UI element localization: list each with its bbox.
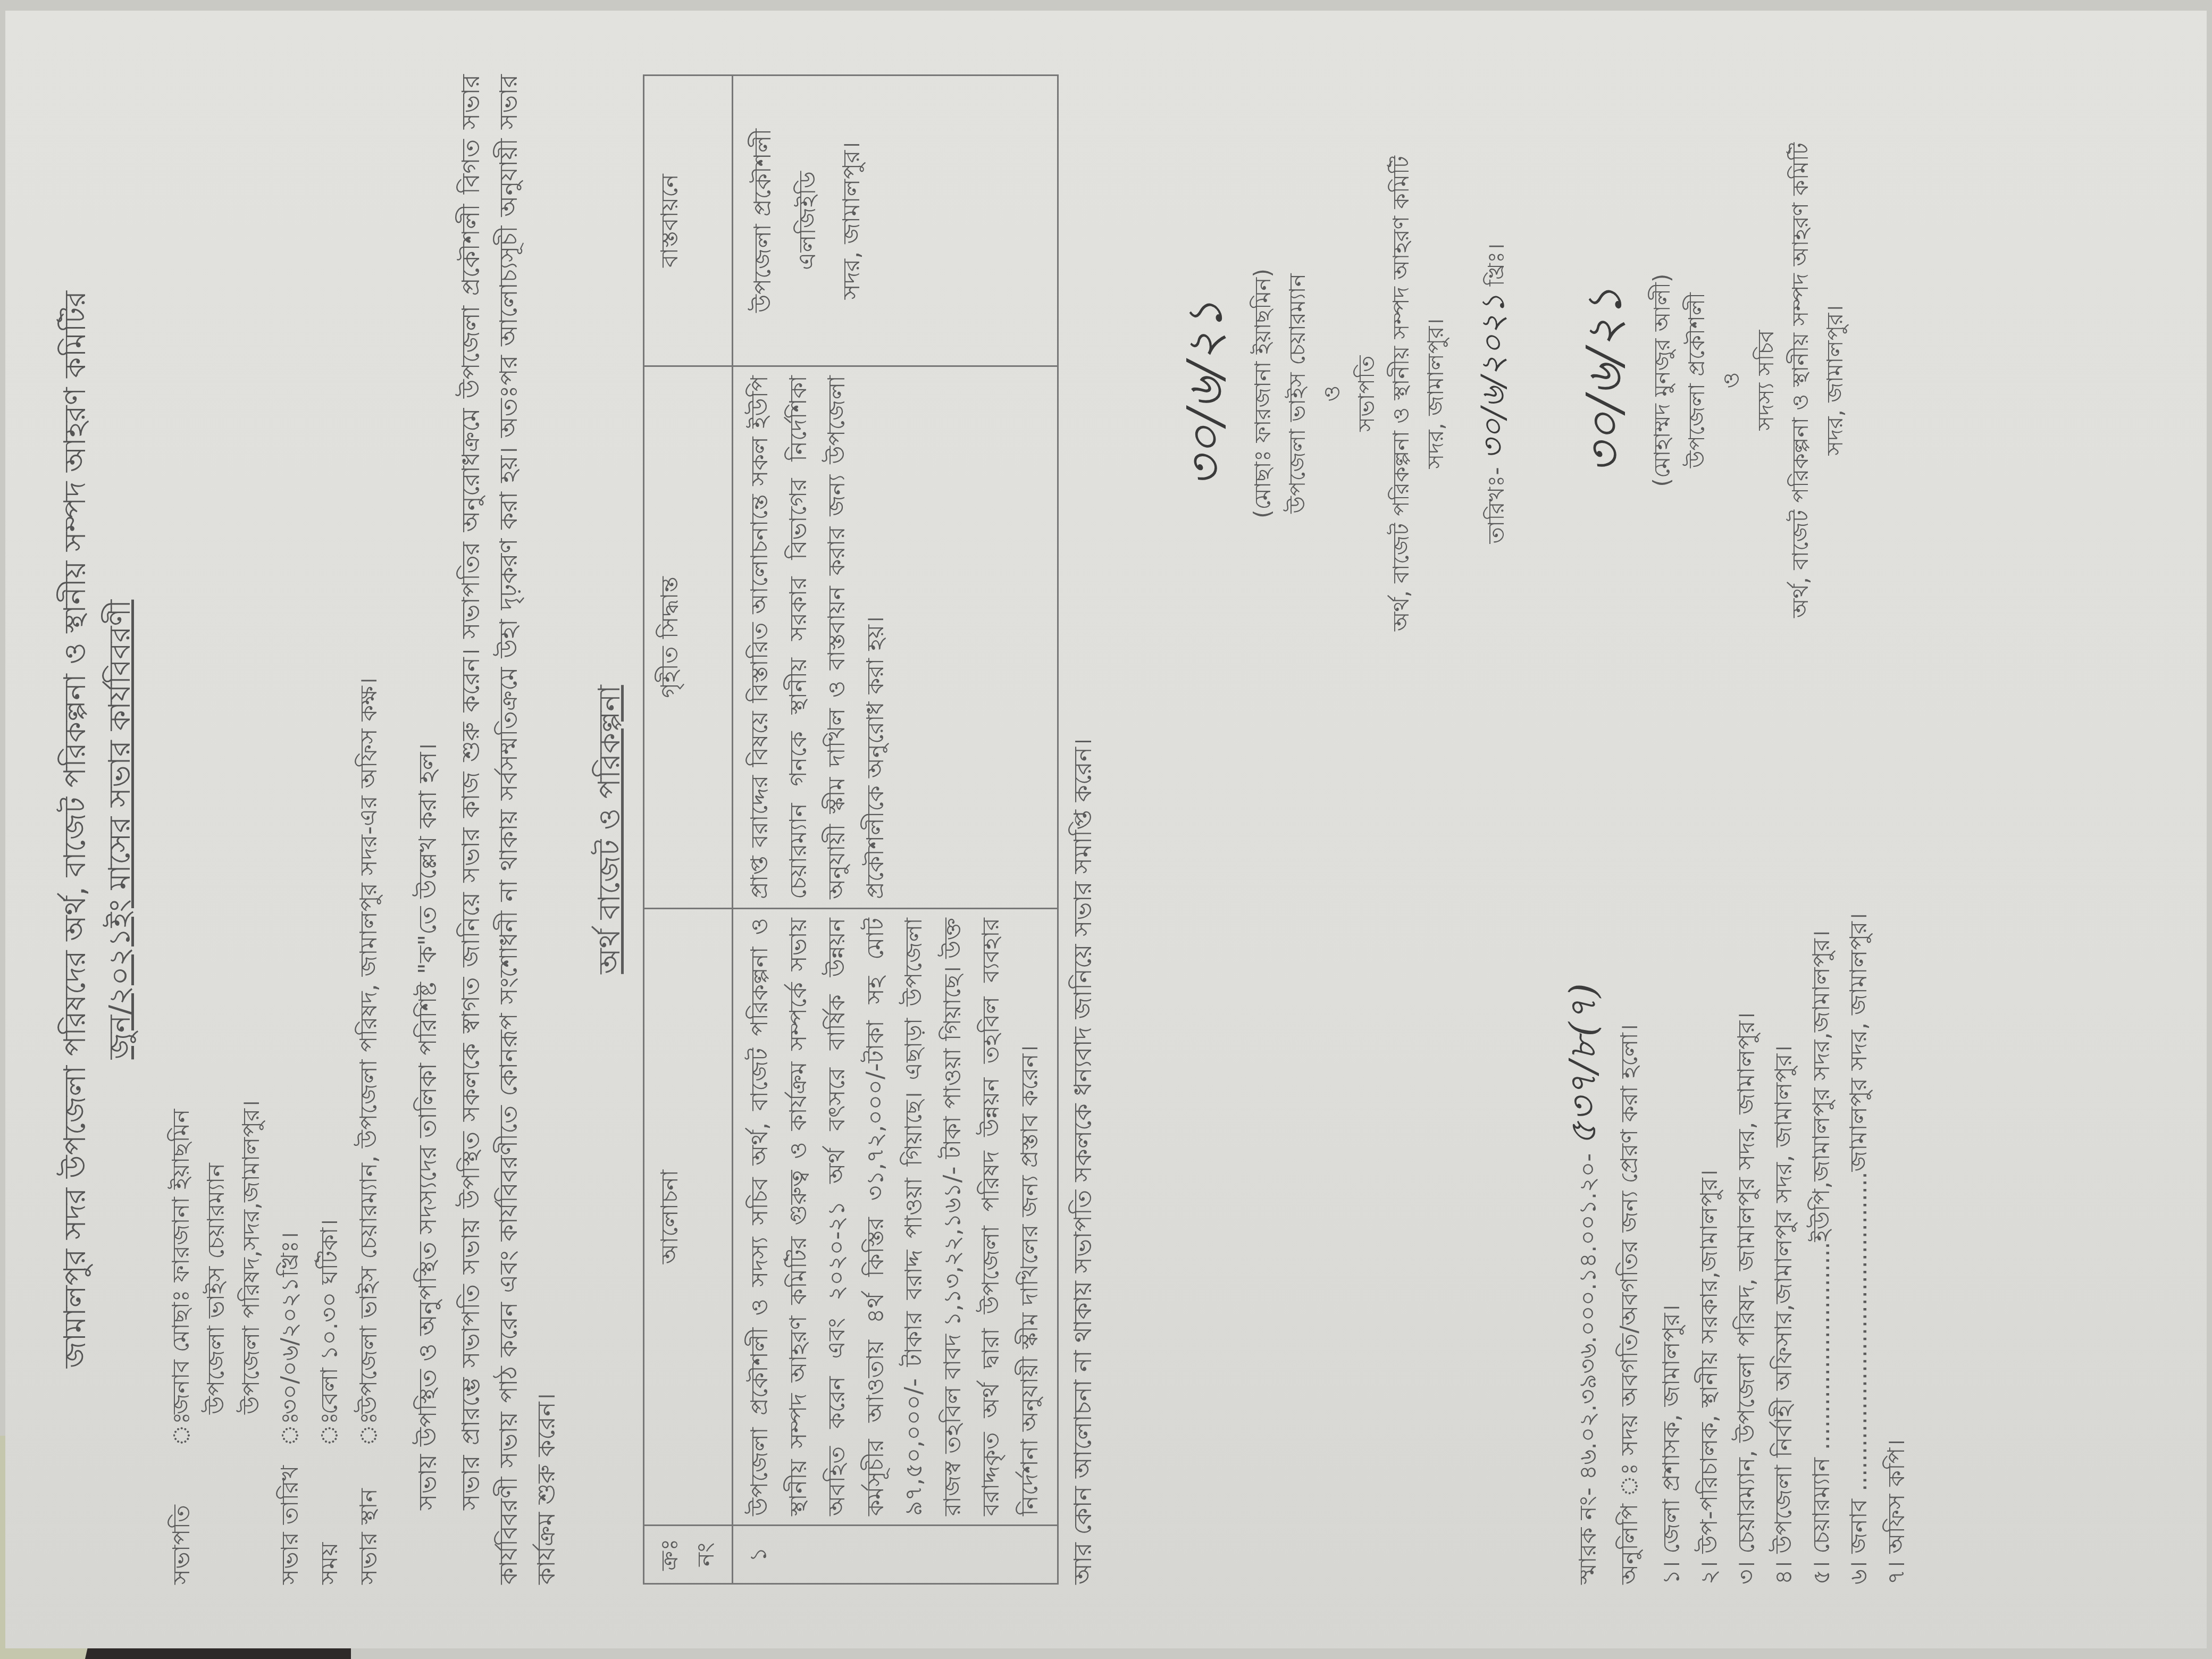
chair-value: জনাব মোছাঃ ফারজানা ইয়াছমিন উপজেলা ভাইস … <box>164 74 269 1414</box>
attendance-note: সভায় উপস্থিত ও অনুপস্থিত সদস্যদের তালিক… <box>409 74 447 1585</box>
title-line-2: জুন/২০২১ইং মাসের সভার কার্যবিবরণী <box>98 74 143 1585</box>
signatory-location: সদর, জামালপুর। <box>1418 74 1453 713</box>
signatory-location: সদর, জামালপুর। <box>1817 74 1852 686</box>
header-serial: ক্রঃ নং <box>643 1526 732 1584</box>
header-implementation: বাস্তবায়নে <box>643 76 732 366</box>
table-header-row: ক্রঃ নং আলোচনা গৃহীত সিদ্ধান্ত বাস্তবায়… <box>643 76 732 1584</box>
title-line-1: জামালপুর সদর উপজেলা পরিষদের অর্থ, বাজেট … <box>53 74 98 1585</box>
date-value: ৩০/০৬/২০২১খ্রিঃ। <box>272 74 308 1414</box>
opening-paragraph: সভার প্রারম্ভে সভাপতি সভায় উপস্থিত সকলক… <box>452 74 566 1585</box>
memo-section: স্মারক নং- ৪৬.০২.৩৯৩৬.০০০.১৪.০০১.২০- ৫৩৭… <box>1554 913 1915 1585</box>
lower-section: স্মারক নং- ৪৬.০২.৩৯৩৬.০০০.১৪.০০১.২০- ৫৩৭… <box>1533 74 1915 1585</box>
signatory-name: (মোহাম্মদ মুনজুর আলী) <box>1645 74 1679 686</box>
cc-list: ১। জেলা প্রশাসক, জামালপুর। ২। উপ-পরিচালক… <box>1653 913 1915 1585</box>
implementation-line: সদর, জামালপুর। <box>829 85 874 357</box>
section-title: অর্থ বাজেট ও পরিকল্পনা <box>587 74 633 1585</box>
table-row: ১ উপজেলা প্রকৌশলী ও সদস্য সচিব অর্থ, বাজ… <box>732 76 1058 1584</box>
signatory-conjunction: ও <box>1714 74 1748 686</box>
meta-separator: ঃ <box>272 1414 308 1446</box>
signatory-designation: উপজেলা প্রকৌশলী <box>1679 74 1714 686</box>
signatory-role: সদস্য সচিব <box>1748 74 1783 686</box>
venue-label: সভার স্থান <box>351 1446 387 1585</box>
handwritten-signature: ৩০/৬/২১ <box>1166 74 1245 713</box>
signatory-committee: অর্থ, বাজেট পরিকল্পনা ও স্থানীয় সম্পদ আ… <box>1384 74 1418 713</box>
header-decision: গৃহীত সিদ্ধান্ত <box>643 366 732 909</box>
handwritten-signature: ৩০/৬/২১ <box>1565 74 1645 686</box>
signatory-designation: উপজেলা ভাইস চেয়ারম্যান <box>1280 74 1314 713</box>
list-item: ৬। জনাব ................................… <box>1840 913 1878 1585</box>
closing-statement: আর কোন আলোচনা না থাকায় সভাপতি সকলকে ধন্… <box>1064 74 1102 1585</box>
date-label: সভার তারিখ <box>272 1446 308 1585</box>
meeting-minutes-page: জামালপুর সদর উপজেলা পরিষদের অর্থ, বাজেট … <box>5 11 2207 1648</box>
minutes-table: ক্রঃ নং আলোচনা গৃহীত সিদ্ধান্ত বাস্তবায়… <box>643 74 1059 1585</box>
signatory-conjunction: ও <box>1314 74 1349 713</box>
cc-intro: অনুলিপি ঃ সদয় অবগতি/অবগতির জন্য প্রেরণ … <box>1612 913 1648 1585</box>
signatory-committee: অর্থ, বাজেট পরিকল্পনা ও স্থানীয় সম্পদ আ… <box>1783 74 1817 686</box>
chair-signature-row: ৩০/৬/২১ (মোছাঃ ফারজানা ইয়াছমিন) উপজেলা … <box>1166 74 1533 1585</box>
header-discussion: আলোচনা <box>643 909 732 1526</box>
row-serial: ১ <box>732 1526 1058 1584</box>
secretary-signature-block: ৩০/৬/২১ (মোহাম্মদ মুনজুর আলী) উপজেলা প্র… <box>1565 74 1853 686</box>
chair-line: উপজেলা পরিষদ,সদর,জামালপুর। <box>234 74 269 1414</box>
memo-number-printed: স্মারক নং- ৪৬.০২.৩৯৩৬.০০০.১৪.০০১.২০- <box>1574 1153 1602 1585</box>
signatory-name: (মোছাঃ ফারজানা ইয়াছমিন) <box>1245 74 1280 713</box>
list-item: ৫। চেয়ারম্যান .........................… <box>1803 913 1840 1585</box>
memo-number-handwritten: ৫৩৭/৮(৭) <box>1561 983 1605 1146</box>
row-decision: প্রাপ্ত বরাদ্দের বিষয়ে বিস্তারিত আলোচনা… <box>732 366 1058 909</box>
chair-line: জনাব মোছাঃ ফারজানা ইয়াছমিন <box>164 74 199 1414</box>
handwritten-date: ৩০/৬/২০২১ <box>1474 294 1512 460</box>
chair-label: সভাপতি <box>164 1446 269 1585</box>
time-value: বেলা ১০.৩০ ঘটিকা। <box>312 74 348 1414</box>
date-suffix: খ্রিঃ। <box>1483 244 1509 287</box>
list-item: ৭। অফিস কপি। <box>1878 913 1915 1585</box>
list-item: ৩। চেয়ারম্যান, উপজেলা পরিষদ, জামালপুর স… <box>1728 913 1765 1585</box>
chair-signature-block: ৩০/৬/২১ (মোছাঃ ফারজানা ইয়াছমিন) উপজেলা … <box>1166 74 1533 713</box>
list-item: ২। উপ-পরিচালক, স্থানীয় সরকার,জামালপুর। <box>1691 913 1728 1585</box>
document-title: জামালপুর সদর উপজেলা পরিষদের অর্থ, বাজেট … <box>53 74 143 1585</box>
meta-separator: ঃ <box>164 1414 269 1446</box>
date-label: তারিখঃ- <box>1483 467 1509 543</box>
time-label: সময় <box>312 1446 348 1585</box>
implementation-line: উপজেলা প্রকৌশলী <box>741 85 785 357</box>
signatory-date: তারিখঃ- ৩০/৬/২০২১ খ্রিঃ। <box>1453 74 1533 713</box>
memo-number: স্মারক নং- ৪৬.০২.৩৯৩৬.০০০.১৪.০০১.২০- ৫৩৭… <box>1554 913 1612 1585</box>
meta-separator: ঃ <box>312 1414 348 1446</box>
venue-value: উপজেলা ভাইস চেয়ারম্যান, উপজেলা পরিষদ, জ… <box>351 74 387 1414</box>
row-implementation: উপজেলা প্রকৌশলী এলজিইডি সদর, জামালপুর। <box>732 76 1058 366</box>
list-item: ৪। উপজেলা নির্বাহী অফিসার,জামালপুর সদর, … <box>1765 913 1803 1585</box>
implementation-line: এলজিইডি <box>785 85 830 357</box>
row-discussion: উপজেলা প্রকৌশলী ও সদস্য সচিব অর্থ, বাজেট… <box>732 909 1058 1526</box>
signatory-role: সভাপতি <box>1349 74 1384 713</box>
chair-line: উপজেলা ভাইস চেয়ারম্যান <box>199 74 234 1414</box>
meta-separator: ঃ <box>351 1414 387 1446</box>
meeting-meta: সভাপতি ঃ জনাব মোছাঃ ফারজানা ইয়াছমিন উপজ… <box>164 74 388 1585</box>
list-item: ১। জেলা প্রশাসক, জামালপুর। <box>1653 913 1690 1585</box>
